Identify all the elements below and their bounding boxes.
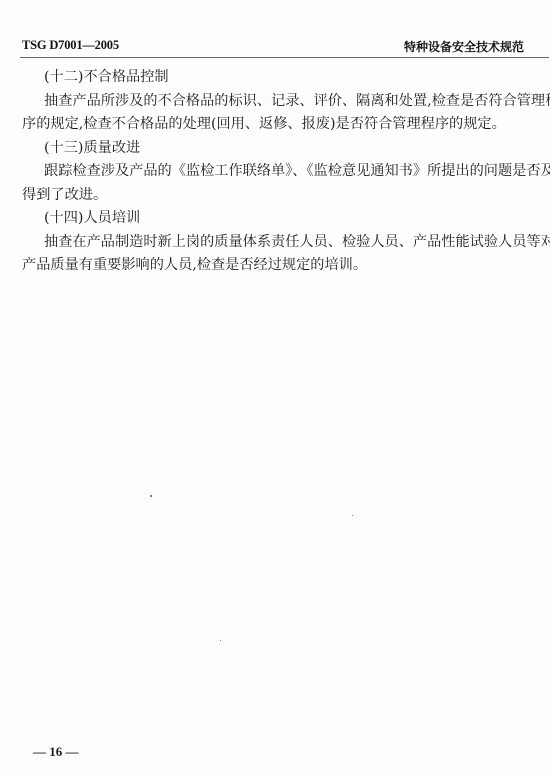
section-12-line-2: 序的规定,检查不合格品的处理(回用、返修、报废)是否符合管理程序的规定。 [22, 113, 530, 137]
section-14-line-2: 产品质量有重要影响的人员,检查是否经过规定的培训。 [22, 254, 530, 278]
section-14-line-1: 抽查在产品制造时新上岗的质量体系责任人员、检验人员、产品性能试验人员等对 [22, 231, 530, 255]
section-13-line-2: 得到了改进。 [22, 184, 530, 208]
page-body: (十二)不合格品控制 抽查产品所涉及的不合格品的标识、记录、评价、隔离和处置,检… [22, 66, 530, 278]
header-divider [20, 57, 549, 58]
section-heading-12: (十二)不合格品控制 [22, 66, 530, 90]
section-13-line-1: 跟踪检查涉及产品的《监检工作联络单》、《监检意见通知书》所提出的问题是否及时 [22, 160, 530, 184]
section-heading-14: (十四)人员培训 [22, 207, 530, 231]
series-title: 特种设备安全技术规范 [404, 38, 524, 55]
scan-speck [220, 640, 221, 641]
section-12-line-1: 抽查产品所涉及的不合格品的标识、记录、评价、隔离和处置,检查是否符合管理程 [22, 90, 530, 114]
scan-speck [352, 515, 353, 516]
standard-code: TSG D7001—2005 [22, 38, 119, 53]
page-number: — 16 — [33, 744, 79, 760]
scan-speck [150, 495, 152, 497]
section-heading-13: (十三)质量改进 [22, 137, 530, 161]
